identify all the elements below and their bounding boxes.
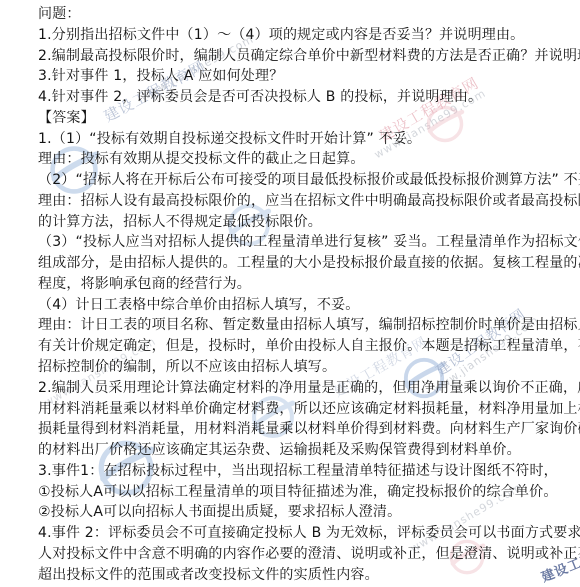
text-line: ②投标人A可以向招标人书面提出质疑，要求招标人澄清。 <box>38 502 580 523</box>
text-line: 理由：招标人设有最高投标限价的，应当在招标文件中明确最高投标限价或者最高投标限价 <box>38 191 580 212</box>
document-page: www.jianshe99.com建设工程教育网建设工程教育网www.jians… <box>0 0 580 587</box>
text-line: 人对投标文件中含意不明确的内容作必要的澄清、说明或补正，但是澄清、说明或补正不得 <box>38 544 580 565</box>
text-line: （2）“招标人将在开标后公布可接受的项目最低投标报价或最低投标报价测算方法” 不… <box>38 170 580 191</box>
text-line: 2.编制人员采用理论计算法确定材料的净用量是正确的，但用净用量乘以询价不正确，应… <box>38 378 580 399</box>
text-line: 组成部分，是由招标人提供的。工程量的大小是投标报价最直接的依据。复核工程量的准确 <box>38 253 580 274</box>
text-line: 3.事件1：在招标投标过程中，当出现招标工程量清单特征描述与设计图纸不符时， <box>38 461 580 482</box>
text-line: 的计算方法，招标人不得规定最低投标限价。 <box>38 212 580 233</box>
text-line: 有关计价规定确定，但是，投标时，单价由投标人自主报价。本题是招标工程量清单，不是 <box>38 336 580 357</box>
text-line: 理由：计日工表的项目名称、暂定数量由招标人填写，编制招标控制价时单价是由招标人按 <box>38 315 580 336</box>
text-line: ①投标人A可以以招标工程量清单的项目特征描述为准，确定投标报价的综合单价。 <box>38 482 580 503</box>
text-line: 用材料消耗量乘以材料单价确定材料费，所以还应该确定材料损耗量，材料净用量加上材料 <box>38 399 580 420</box>
text-line: 理由：投标有效期从提交投标文件的截止之日起算。 <box>38 149 580 170</box>
text-line: 2.编制最高投标限价时，编制人员确定综合单价中新型材料费的方法是否正确？并说明理… <box>38 46 580 67</box>
text-line: 3.针对事件 1，投标人 A 应如何处理？ <box>38 66 580 87</box>
text-line: 问题： <box>38 4 580 25</box>
text-line: 1.分别指出招标文件中（1）～（4）项的规定或内容是否妥当？并说明理由。 <box>38 25 580 46</box>
text-line: 损耗量得到材料消耗量，用材料消耗量乘以材料单价得到材料费。向材料生产厂家询价确认 <box>38 419 580 440</box>
text-line: 的材料出厂价格还应该确定其运杂费、运输损耗及采购保管费得到材料单价。 <box>38 440 580 461</box>
text-line: 1.（1）“投标有效期自投标递交投标文件时开始计算” 不妥。 <box>38 129 580 150</box>
text-line: 程度，将影响承包商的经营行为。 <box>38 274 580 295</box>
text-line: 【答案】 <box>38 108 580 129</box>
text-line: 4.事件 2：评标委员会不可直接确定投标人 B 为无效标，评标委员会可以书面方式… <box>38 523 580 544</box>
text-line: 超出投标文件的范围或者改变投标文件的实质性内容。 <box>38 565 580 586</box>
document-text: 问题：1.分别指出招标文件中（1）～（4）项的规定或内容是否妥当？并说明理由。2… <box>38 4 580 585</box>
text-line: （3）“投标人应当对招标人提供的工程量清单进行复核” 妥当。工程量清单作为招标文… <box>38 232 580 253</box>
text-line: 4.针对事件 2，评标委员会是否可否决投标人 B 的投标，并说明理由。 <box>38 87 580 108</box>
text-line: （4）计日工表格中综合单价由招标人填写，不妥。 <box>38 295 580 316</box>
text-line: 招标控制价的编制，所以不应该由招标人填写。 <box>38 357 580 378</box>
